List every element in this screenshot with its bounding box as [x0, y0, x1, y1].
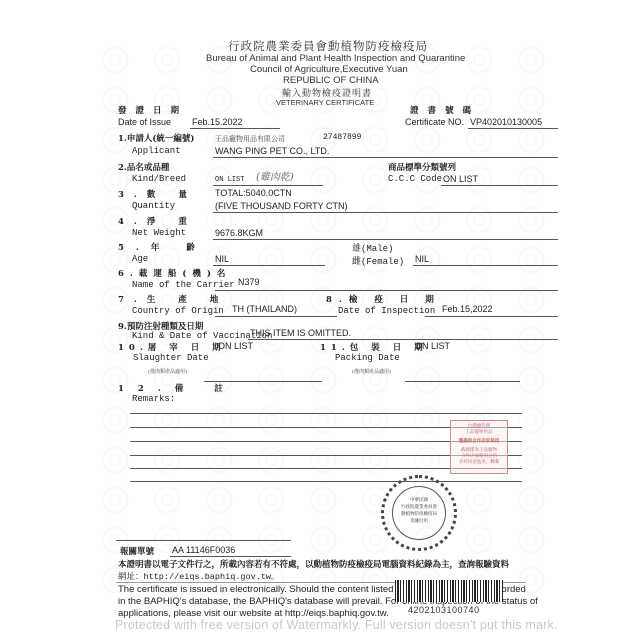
carrier-value: N379	[238, 277, 260, 287]
customs-label-cn: 報關單號	[120, 545, 154, 557]
issue-date-label-cn: 發證日期	[118, 104, 188, 116]
barcode	[395, 580, 503, 602]
notice-cn-line-1: 本證明書以電子文件行之，所載內容若有不符處，以動植物防疫檢疫局電腦資料紀錄為主，…	[118, 558, 509, 570]
ccc-value: ON LIST	[443, 174, 478, 184]
packing-value: ON LIST	[415, 341, 450, 351]
packing-underline	[405, 381, 520, 382]
cert-no-label: Certificate NO.	[405, 117, 464, 127]
ccc-label-cn: 商品標準分類號列	[388, 161, 456, 173]
customs-top-line	[116, 540, 291, 541]
council-name: Council of Agriculture,Executive Yuan	[250, 64, 408, 75]
remarks-line-1	[130, 413, 522, 414]
stamp-line: 台灣總代理	[451, 421, 507, 430]
stamp-line: 王品寵物用品	[451, 430, 507, 436]
agency-name-en: Bureau of Animal and Plant Health Inspec…	[206, 53, 465, 64]
slaughter-label: Slaughter Date	[133, 353, 209, 363]
age-label-cn: 5.年 齡	[118, 241, 207, 253]
quantity-underline	[213, 212, 558, 213]
applicant-name-cn: 王品寵物用品有限公司	[215, 134, 285, 144]
stamp-line: 僅提供合作店家使用	[451, 439, 507, 445]
applicant-label: Applicant	[132, 146, 181, 156]
carrier-label-cn: 6.載運船(機)名	[118, 267, 231, 279]
cert-no-label-cn: 證書號碼	[410, 104, 480, 116]
origin-underline	[215, 316, 337, 317]
net-weight-value: 9676.8KGM	[215, 228, 263, 238]
distributor-stamp: 台灣總代理 王品寵物用品 僅提供合作店家使用 截圖僅為王品寵物 合作店家使用之用…	[450, 420, 508, 474]
notice-cn-line-2: 網址：http://eiqs.baphiq.gov.tw。	[118, 570, 280, 582]
issue-date-value: Feb.15.2022	[192, 117, 243, 127]
seal-line: 金融付用	[393, 518, 445, 525]
watermark-text: Protected with free version of Watermark…	[115, 618, 558, 632]
applicant-value: WANG PING PET CO., LTD.	[215, 146, 329, 156]
slaughter-label-cn: 10.屠 宰 日 期	[118, 341, 226, 353]
kind-handwritten-note: (雞肉乾)	[256, 168, 294, 183]
remarks-label-cn: 12.備 註	[118, 382, 237, 394]
agency-name-cn: 行政院農業委員會動植物防疫檢疫局	[228, 38, 428, 54]
seal-inner-ring: 中華民國 行政院農業委員會 動植物防疫檢疫局 金融付用	[392, 486, 446, 540]
sex-value: NIL	[415, 254, 429, 264]
kind-underline	[213, 185, 323, 186]
vaccination-underline	[248, 339, 558, 340]
customs-value: AA 11146F0036	[172, 545, 235, 555]
age-underline	[213, 265, 325, 266]
net-weight-underline	[213, 239, 558, 240]
kind-label-cn: 2.品名或品種	[118, 161, 169, 173]
packing-label-cn: 11.包 裝 日 期	[320, 341, 428, 353]
age-value: NIL	[215, 254, 229, 264]
quantity-value-1: TOTAL:5040.0CTN	[215, 188, 292, 198]
cert-no-value: VP402010130005	[470, 117, 542, 127]
veterinary-certificate: 行政院農業委員會動植物防疫檢疫局 Bureau of Animal and Pl…	[0, 0, 640, 640]
inspection-label: Date of Inspection	[338, 306, 435, 316]
official-seal: 中華民國 行政院農業委員會 動植物防疫檢疫局 金融付用	[381, 475, 457, 551]
origin-value: TH (THAILAND)	[232, 304, 297, 314]
carrier-underline	[215, 290, 558, 291]
inspection-value: Feb.15,2022	[442, 304, 493, 314]
quantity-value-2: (FIVE THOUSAND FORTY CTN)	[215, 201, 348, 211]
issue-date-label: Date of Issue	[118, 117, 171, 127]
net-weight-label: Net Weight	[132, 228, 186, 238]
stamp-line: 未經同意盜用、轉載	[451, 460, 507, 466]
seal-line: 動植物防疫檢疫局	[393, 511, 445, 518]
inspection-underline	[425, 316, 558, 317]
packing-label: Packing Date	[335, 353, 400, 363]
kind-value: ON LIST	[215, 176, 244, 184]
inspection-label-cn: 8.檢 疫 日 期	[326, 293, 441, 305]
male-label: 雄(Male)	[352, 241, 393, 254]
ccc-underline	[441, 185, 558, 186]
country-name: REPUBLIC OF CHINA	[283, 75, 379, 86]
remarks-label: Remarks:	[132, 394, 175, 404]
issue-date-underline	[190, 128, 280, 129]
slaughter-note: (僅肉類產品適用)	[148, 368, 187, 375]
vaccination-value: THIS ITEM IS OMITTED.	[250, 328, 351, 338]
customs-underline	[170, 556, 291, 557]
age-label: Age	[132, 254, 148, 264]
packing-note: (僅肉類產品適用)	[352, 368, 391, 375]
barcode-number: 4202103100740	[408, 605, 480, 615]
kind-label: Kind/Breed	[132, 174, 186, 184]
applicant-underline	[213, 157, 558, 158]
cert-no-underline	[468, 128, 558, 129]
origin-label: Country of Origin	[132, 306, 224, 316]
doc-title-en: VETERINARY CERTIFICATE	[276, 98, 374, 107]
seal-line: 中華民國	[393, 497, 445, 504]
net-weight-label-cn: 4.淨 重	[118, 215, 197, 227]
sex-underline	[413, 265, 558, 266]
quantity-label-cn: 3.數 量	[118, 188, 197, 200]
female-label: 雌(Female)	[352, 254, 404, 267]
seal-line: 行政院農業委員會	[393, 504, 445, 511]
origin-label-cn: 7.生 產 地	[118, 293, 228, 305]
carrier-label: Name of the Carrier	[132, 280, 235, 290]
ccc-label: C.C.C Code	[388, 174, 442, 184]
applicant-label-cn: 1.申請人(統一編號)	[118, 132, 194, 144]
applicant-tax-id: 27487899	[323, 133, 361, 142]
remarks-line-6	[130, 481, 522, 482]
quantity-label: Quantity	[132, 201, 175, 211]
slaughter-value: ON LIST	[218, 341, 253, 351]
